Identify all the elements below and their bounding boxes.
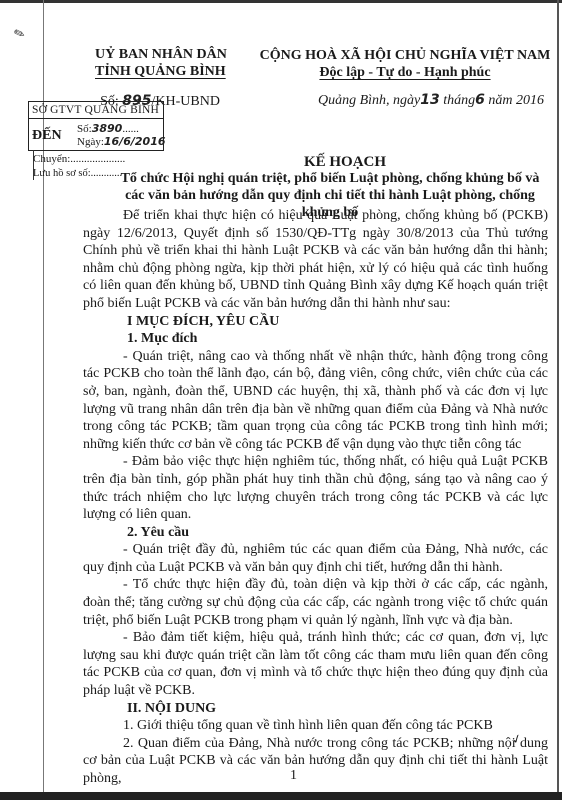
place-and-date: Quảng Bình, ngày13 tháng6 năm 2016	[318, 92, 544, 109]
scan-top-edge	[0, 0, 562, 3]
paragraph: - Tổ chức thực hiện đầy đủ, toàn diện và…	[83, 576, 548, 629]
handwritten-day: 13	[420, 92, 439, 108]
agency-line-2: TỈNH QUẢNG BÌNH	[95, 63, 225, 80]
paragraph: - Quán triệt đầy đủ, nghiêm túc các quan…	[83, 541, 548, 576]
section-heading: 1. Mục đích	[83, 330, 548, 348]
section-heading: II. NỘI DUNG	[83, 700, 548, 718]
issuing-agency: UỶ BAN NHÂN DÂN TỈNH QUẢNG BÌNH	[95, 46, 225, 80]
paragraph: - Quán triệt, nâng cao và thống nhất về …	[83, 348, 548, 454]
page-number: 1	[290, 768, 297, 784]
paragraph: 2. Quan điểm của Đảng, Nhà nước trong cô…	[83, 735, 548, 788]
document-page: ✎ UỶ BAN NHÂN DÂN TỈNH QUẢNG BÌNH Số: 89…	[0, 0, 562, 800]
corner-handwritten-mark-icon: ✎	[12, 25, 28, 44]
handwritten-month: 6	[475, 92, 485, 108]
paragraph: 1. Giới thiệu tổng quan về tình hình liê…	[83, 717, 548, 735]
scan-right-edge	[557, 0, 559, 800]
stamp-number: Số:3890......	[77, 122, 139, 135]
paragraph: Để triển khai thực hiện có hiệu quả Luật…	[83, 207, 548, 313]
paragraph: - Bảo đảm tiết kiệm, hiệu quả, tránh hìn…	[83, 629, 548, 699]
nation-line-1: CỘNG HOÀ XÃ HỘI CHỦ NGHĨA VIỆT NAM	[255, 47, 555, 64]
stamp-organization: SỞ GTVT QUẢNG BÌNH	[29, 102, 163, 119]
section-heading: 2. Yêu cầu	[83, 524, 548, 542]
stamp-den-label: ĐẾN	[32, 128, 62, 144]
received-stamp: SỞ GTVT QUẢNG BÌNH ĐẾN Số:3890...... Ngà…	[28, 101, 164, 151]
document-title: KẾ HOẠCH	[130, 154, 560, 171]
stamp-date: Ngày:16/6/2016	[77, 135, 166, 148]
national-motto: CỘNG HOÀ XÃ HỘI CHỦ NGHĨA VIỆT NAM Độc l…	[255, 47, 555, 81]
agency-line-1: UỶ BAN NHÂN DÂN	[95, 46, 225, 63]
scan-bottom-edge	[0, 792, 562, 800]
nation-line-2: Độc lập - Tự do - Hạnh phúc	[255, 64, 555, 81]
paragraph: - Đảm bảo việc thực hiện nghiêm túc, thố…	[83, 453, 548, 523]
section-heading: I MỤC ĐÍCH, YÊU CẦU	[83, 313, 548, 331]
stamp-forward-field: Chuyển:....................	[33, 153, 125, 165]
document-body: Để triển khai thực hiện có hiệu quả Luật…	[83, 207, 548, 788]
stamp-file-field: Lưu hồ sơ số:............	[33, 168, 122, 179]
